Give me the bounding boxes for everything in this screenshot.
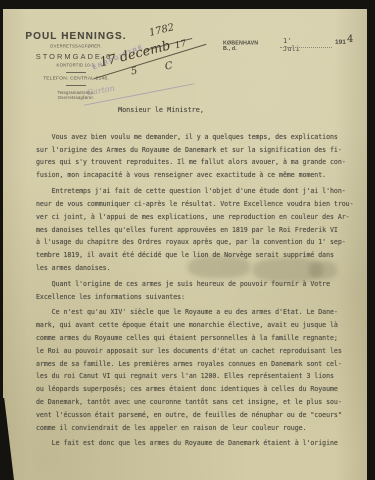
phone-line: TELEFON: CENTRAL 2148.	[36, 76, 116, 81]
bleed-through-mark	[309, 261, 337, 279]
dotted-leader	[280, 47, 332, 48]
body-line: fusion, mon incapacité à vous renseigner…	[36, 169, 358, 182]
body-line: mark, qui avant cette époque était une m…	[36, 319, 358, 332]
sender-name: POUL HENNINGS.	[17, 31, 135, 42]
body-line: à l'usage du chapitre des Ordres royaux …	[36, 236, 358, 249]
body-line: neur de vous communiquer ci-après le rés…	[36, 198, 358, 211]
body-line: mes danoises telles qu'elles furent appr…	[36, 224, 358, 237]
body-line: comme il conviendrait de les appeler en …	[36, 422, 358, 435]
salutation: Monsieur le Ministre,	[118, 106, 204, 114]
body-line: Excellence les informations suivantes:	[36, 291, 358, 304]
body-line: sur l'origine des Armes du Royaume de Da…	[36, 144, 358, 157]
body-line: Ce n'est qu'au XIV' siècle que le Royaum…	[36, 306, 358, 319]
body-line: le Roi au pouvoir apposait sur les docum…	[36, 345, 358, 358]
handwritten-number: 1782	[148, 22, 175, 39]
paper: POUL HENNINGS. OVERRETSSAGFØRER. STORMGA…	[3, 9, 367, 480]
bleed-through-mark	[188, 256, 250, 278]
body-line: ver ci joint, à l'appui de mes explicati…	[36, 211, 358, 224]
body-line: de Danemark, tantôt avec une couronne ta…	[36, 396, 358, 409]
body-line: comme armes du Royaume celles qui étaien…	[36, 332, 358, 345]
sender-title: OVERRETSSAGFØRER.	[41, 45, 112, 50]
body-line: gures qui s'y trouvent reproduites. Il m…	[36, 156, 358, 169]
letterhead-divider	[66, 72, 86, 73]
body-line: armes de sa famille. Les premières armes…	[36, 358, 358, 371]
dateline-year-printed: 191	[335, 39, 346, 46]
letter-body: Vous avez bien voulu me demander, il y a…	[36, 128, 358, 450]
body-line: ou léopards superposés; ces armes étaien…	[36, 383, 358, 396]
scanned-letter: POUL HENNINGS. OVERRETSSAGFØRER. STORMGA…	[0, 0, 375, 480]
dateline-year-handwritten: 4	[347, 34, 353, 45]
body-line: vent l'écusson était parsemé, en outre, …	[36, 409, 358, 422]
body-line: Le fait est donc que les armes du Royaum…	[36, 437, 358, 450]
handwritten-five: 5	[130, 66, 138, 78]
body-line: Entretemps j'ai fait de cette question l…	[36, 185, 358, 198]
dateline-day-month: 1' Juli	[283, 37, 300, 53]
body-line: Vous avez bien voulu me demander, il y a…	[36, 131, 358, 144]
letterhead-divider	[66, 85, 86, 86]
dateline-place: KØBENHAVN B., d.	[223, 41, 258, 52]
body-line: les du roi Canut VI qui regnait vers l'a…	[36, 370, 358, 383]
handwritten-letter-c: C	[164, 60, 173, 72]
letterhead: POUL HENNINGS. OVERRETSSAGFØRER. STORMGA…	[17, 31, 135, 104]
